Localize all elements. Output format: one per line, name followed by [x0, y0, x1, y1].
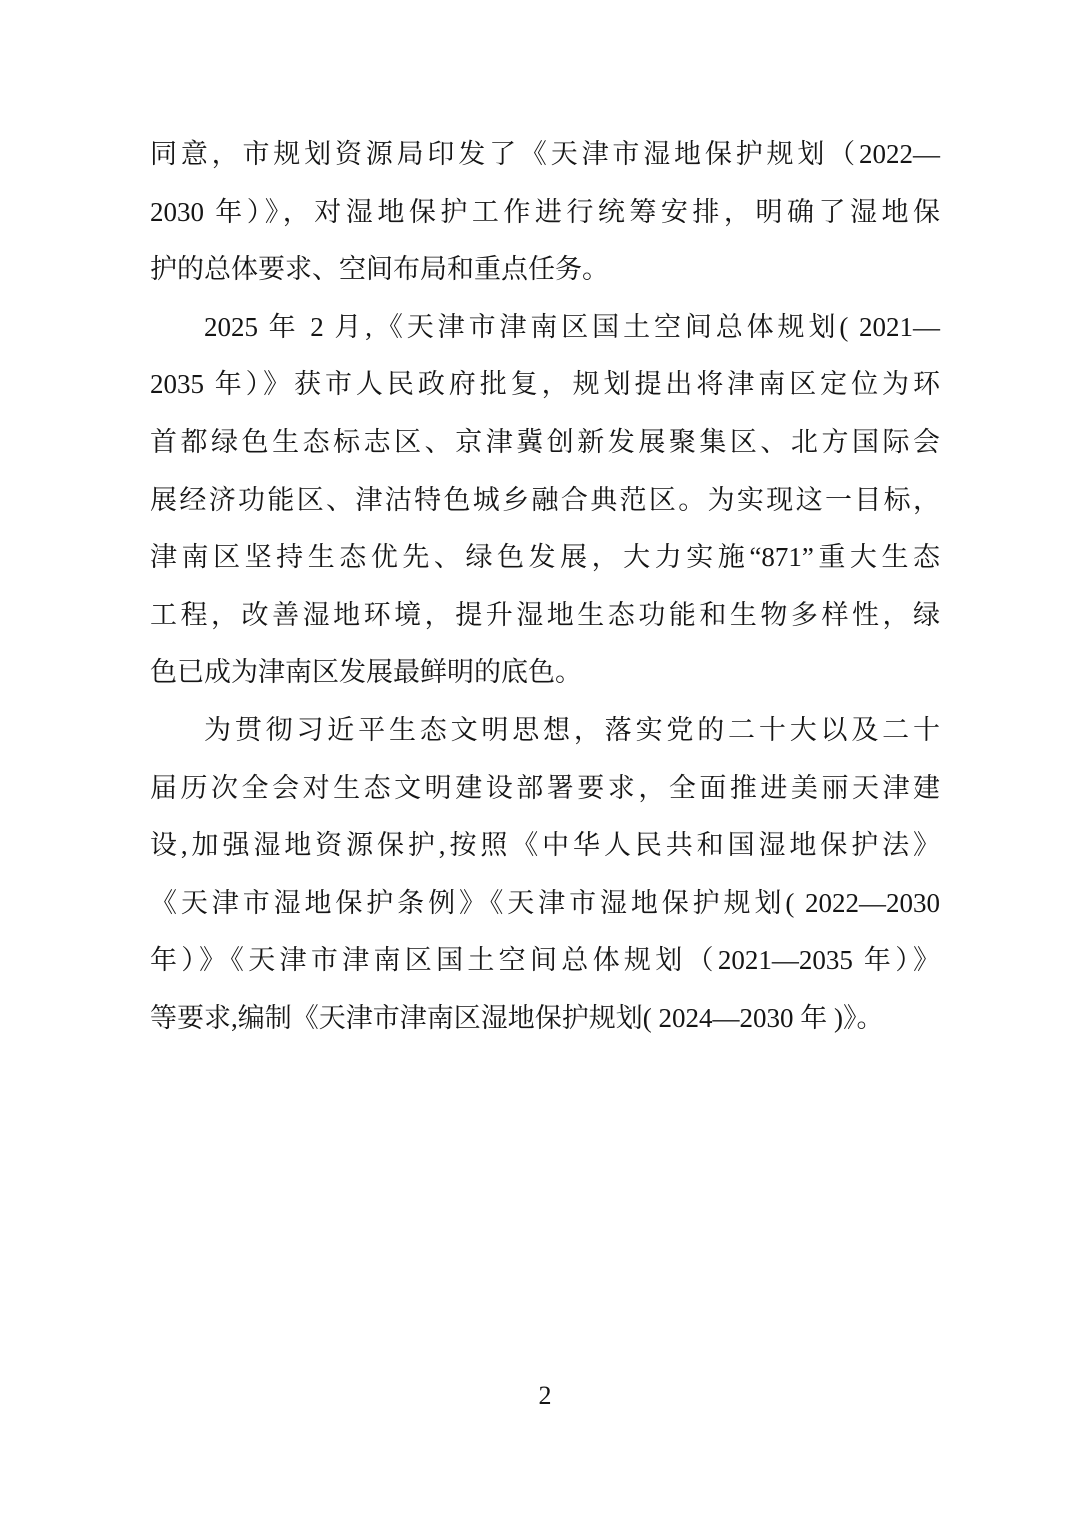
text-line: 护的总体要求、空间布局和重点任务。: [150, 241, 940, 299]
text-line: 同意，市规划资源局印发了《天津市湿地保护规划（2022—: [150, 126, 940, 184]
text-line: 《天津市湿地保护条例》《天津市湿地保护规划( 2022—2030: [150, 875, 940, 933]
text-line: 年）》《天津市津南区国土空间总体规划（2021—2035 年）》: [150, 932, 940, 990]
page-number: 2: [150, 1376, 940, 1416]
text-line: 工程，改善湿地环境，提升湿地生态功能和生物多样性，绿: [150, 587, 940, 645]
text-line: 2025 年 2 月,《天津市津南区国土空间总体规划( 2021—: [150, 299, 940, 357]
text-line: 等要求,编制《天津市津南区湿地保护规划( 2024—2030 年 )》。: [150, 990, 940, 1048]
body-text: 同意，市规划资源局印发了《天津市湿地保护规划（2022—2030 年）》，对湿地…: [150, 126, 940, 1048]
text-line: 设,加强湿地资源保护,按照《中华人民共和国湿地保护法》: [150, 817, 940, 875]
text-line: 2030 年）》，对湿地保护工作进行统筹安排，明确了湿地保: [150, 184, 940, 242]
text-line: 为贯彻习近平生态文明思想，落实党的二十大以及二十: [150, 702, 940, 760]
text-line: 届历次全会对生态文明建设部署要求，全面推进美丽天津建: [150, 760, 940, 818]
text-line: 津南区坚持生态优先、绿色发展，大力实施“871”重大生态: [150, 529, 940, 587]
text-line: 色已成为津南区发展最鲜明的底色。: [150, 644, 940, 702]
text-line: 展经济功能区、津沽特色城乡融合典范区。为实现这一目标，: [150, 472, 940, 530]
text-line: 首都绿色生态标志区、京津冀创新发展聚集区、北方国际会: [150, 414, 940, 472]
text-line: 2035 年）》获市人民政府批复，规划提出将津南区定位为环: [150, 356, 940, 414]
document-page: 同意，市规划资源局印发了《天津市湿地保护规划（2022—2030 年）》，对湿地…: [0, 0, 1074, 1520]
